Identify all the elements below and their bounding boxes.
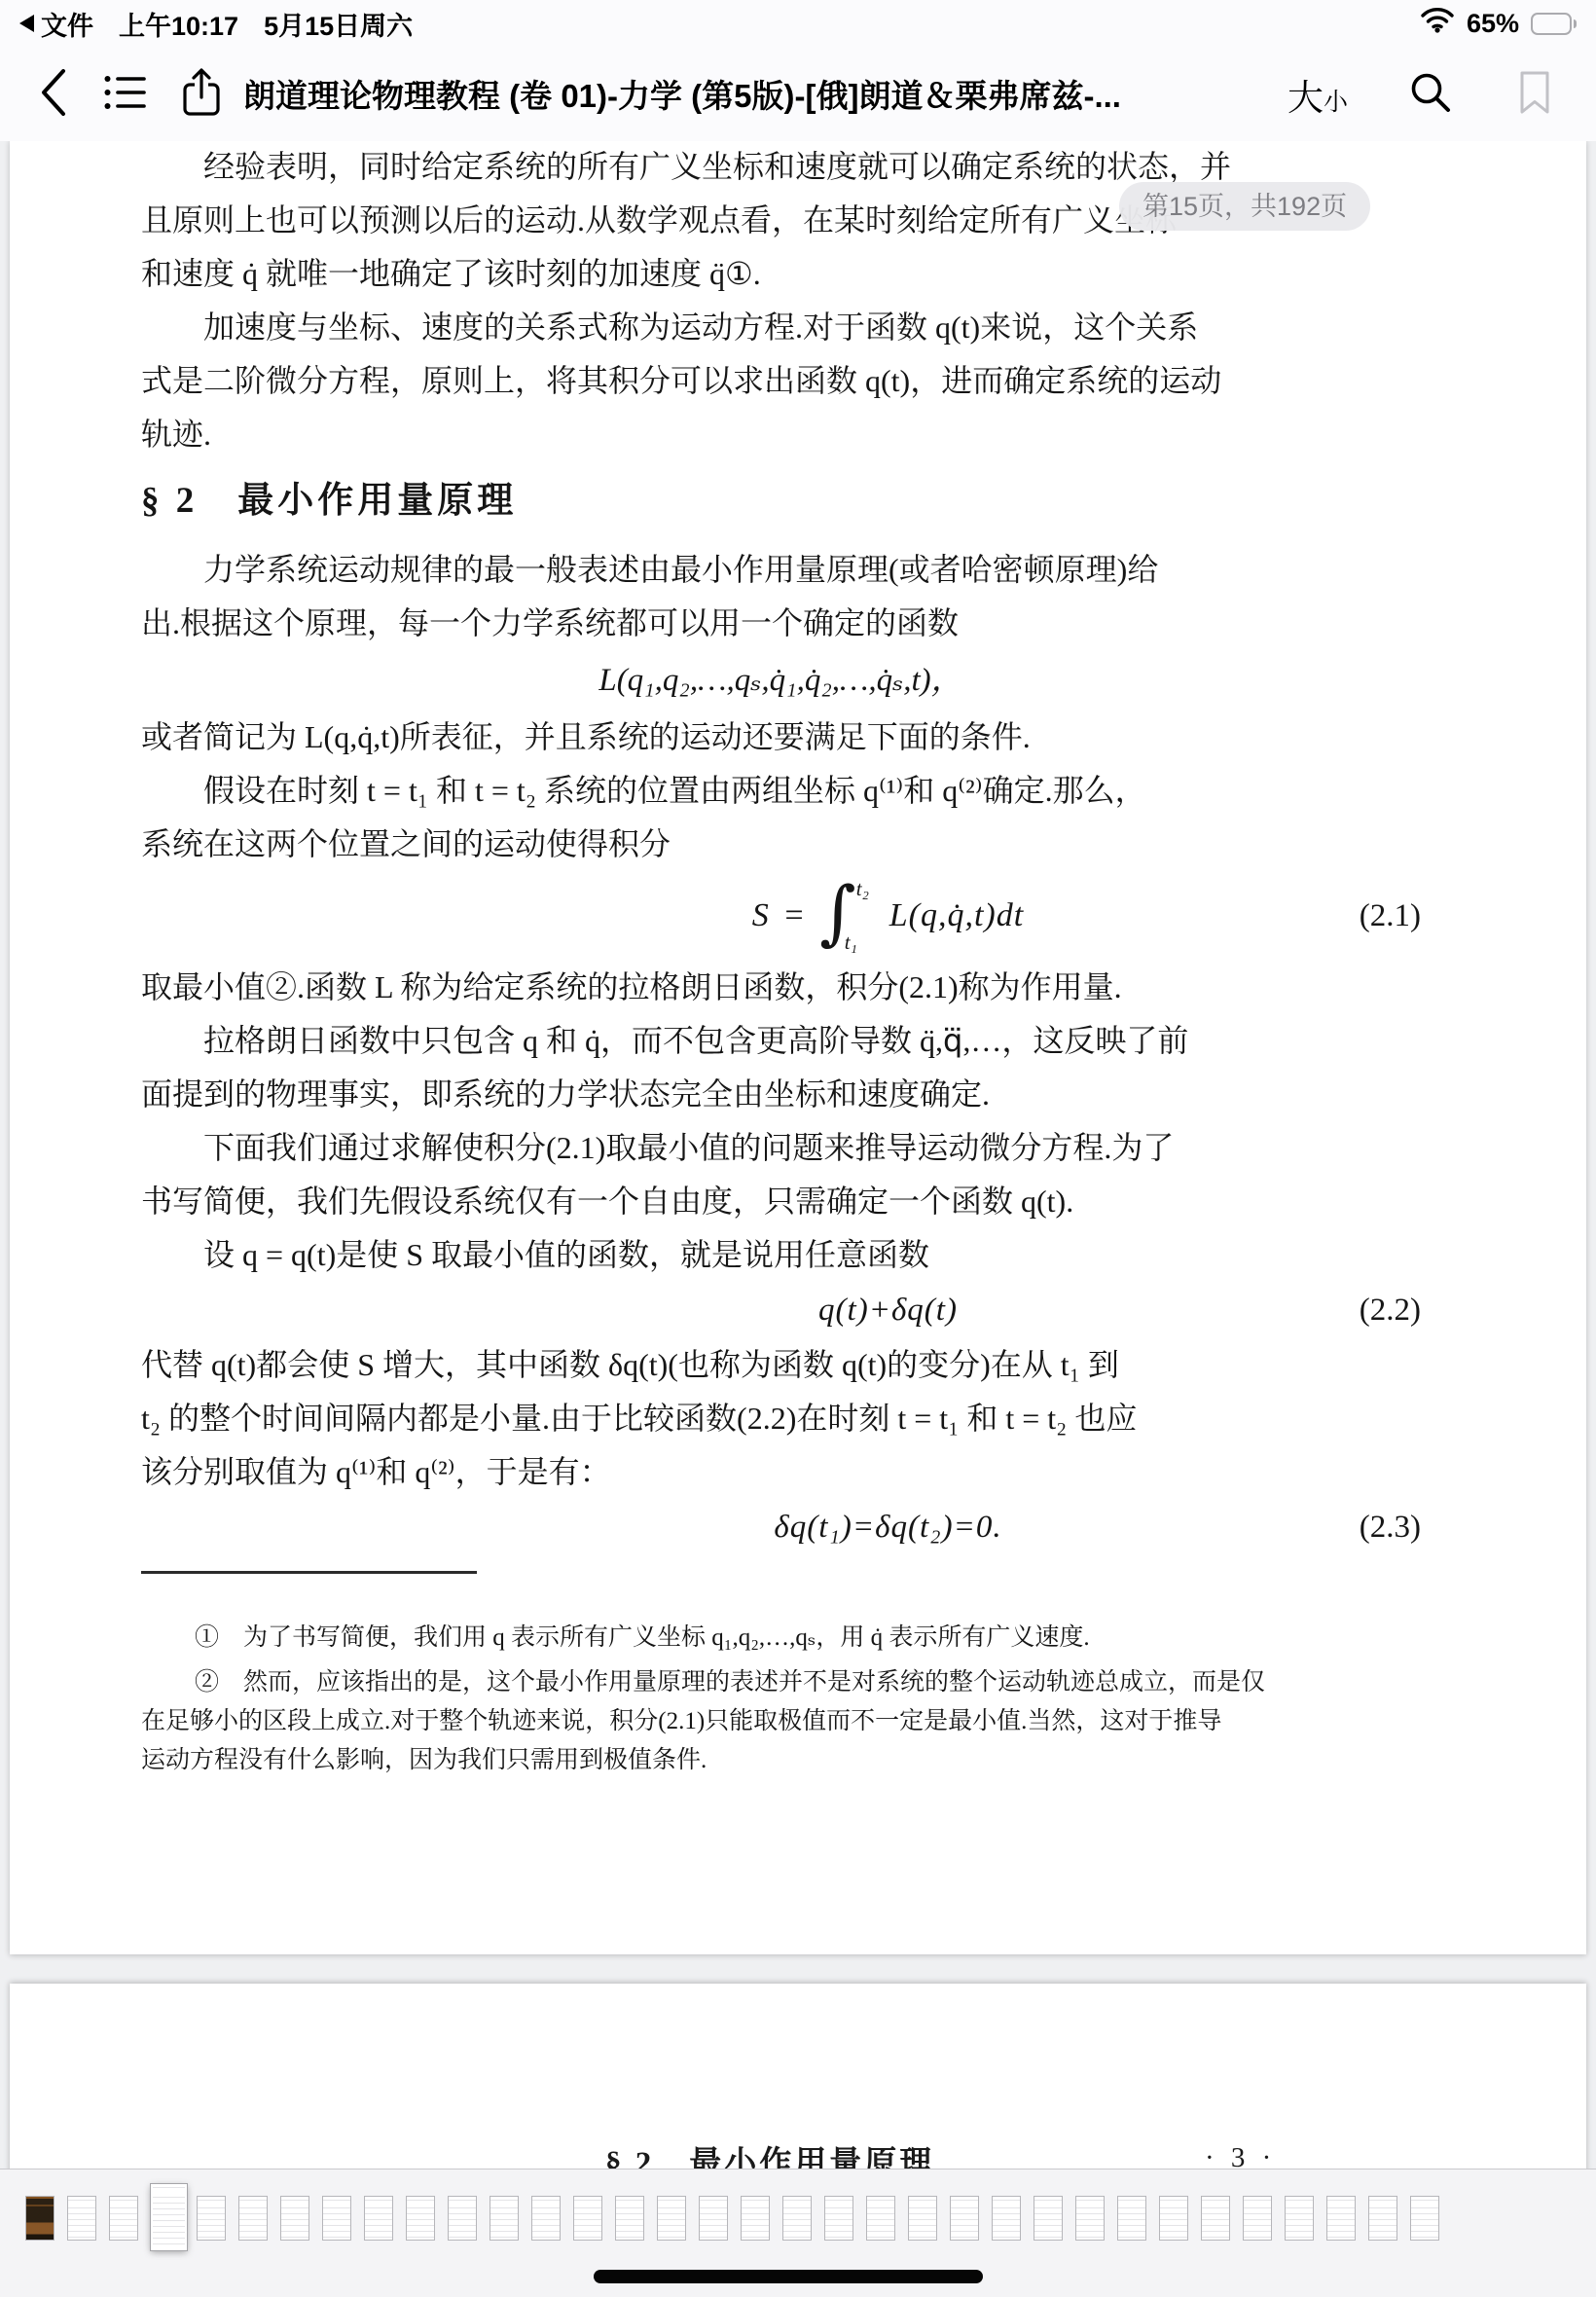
equation-line: L(q₁,q₂,…,qₛ,q̇₁,q̇₂,…,q̇ₛ,t)， — [141, 650, 1421, 711]
document-title: 朗道理论物理教程 (卷 01)-力学 (第5版)-[俄]朗道＆栗弗席兹-... — [243, 71, 1121, 117]
thumbnail[interactable] — [322, 2196, 351, 2241]
text-line: 力学系统运动规律的最一般表述由最小作用量原理(或者哈密顿原理)给 — [141, 543, 1421, 597]
equation-line: S =∫t₂t₁L(q,q̇,t)dt(2.1) — [141, 871, 1421, 961]
equation-number: (2.3) — [1360, 1499, 1421, 1555]
font-size-button[interactable]: 大小 — [1288, 68, 1348, 121]
status-bar: 文件 上午10:17 5月15日周六 65% — [0, 0, 1596, 47]
thumbnail[interactable] — [1034, 2196, 1063, 2241]
text-line: 代替 q(t)都会使 S 增大，其中函数 δq(t)(也称为函数 q(t)的变分… — [141, 1338, 1421, 1392]
text-line: 和速度 q̇ 就唯一地确定了该时刻的加速度 q̈①. — [141, 247, 1421, 301]
equation-lhs: S = — [752, 897, 808, 934]
status-date: 5月15日周六 — [264, 5, 413, 43]
equation-body: L(q,q̇,t)dt — [889, 897, 1024, 934]
thumbnail[interactable] — [615, 2196, 644, 2241]
text-line: t₂ 的整个时间间隔内都是小量.由于比较函数(2.2)在时刻 t = t₁ 和 … — [141, 1392, 1421, 1445]
text-line: 取最小值②.函数 L 称为给定系统的拉格朗日函数，积分(2.1)称为作用量. — [141, 961, 1421, 1014]
text-line: 下面我们通过求解使积分(2.1)取最小值的问题来推导运动微分方程.为了 — [141, 1121, 1421, 1175]
thumbnail[interactable] — [197, 2196, 226, 2241]
text-line: 面提到的物理事实，即系统的力学状态完全由坐标和速度确定. — [141, 1068, 1421, 1121]
thumbnail[interactable] — [699, 2196, 728, 2241]
thumbnail[interactable] — [406, 2196, 435, 2241]
thumbnail[interactable] — [531, 2196, 561, 2241]
text-line: 加速度与坐标、速度的关系式称为运动方程.对于函数 q(t)来说，这个关系 — [141, 301, 1421, 354]
toc-button[interactable] — [103, 74, 146, 114]
thumbnail[interactable] — [238, 2196, 268, 2241]
text-line: 系统在这两个位置之间的运动使得积分 — [141, 818, 1421, 871]
screen: { "status_bar": { "back_label": "文件", "t… — [0, 0, 1596, 2297]
back-to-app-label: 文件 — [41, 5, 93, 43]
footnote-line: 运动方程没有什么影响，因为我们只需用到极值条件. — [141, 1741, 1421, 1780]
back-to-app-icon — [19, 15, 34, 32]
thumbnail[interactable] — [1117, 2196, 1146, 2241]
font-size-small-label: 小 — [1324, 83, 1348, 118]
thumbnail[interactable] — [782, 2196, 812, 2241]
list-icon — [103, 74, 146, 114]
text-line: 出.根据这个原理，每一个力学系统都可以用一个确定的函数 — [141, 597, 1421, 650]
equation-number: (2.2) — [1360, 1282, 1421, 1338]
nav-bar: 朗道理论物理教程 (卷 01)-力学 (第5版)-[俄]朗道＆栗弗席兹-... … — [0, 47, 1596, 141]
thumbnail[interactable] — [741, 2196, 770, 2241]
wifi-icon — [1420, 7, 1455, 40]
text-line: 或者简记为 L(q,q̇,t)所表征，并且系统的运动还要满足下面的条件. — [141, 711, 1421, 764]
footnote-line: 在足够小的区段上成立.对于整个轨迹来说，积分(2.1)只能取极值而不一定是最小值… — [141, 1702, 1421, 1741]
thumbnail[interactable] — [573, 2196, 602, 2241]
thumbnail[interactable] — [657, 2196, 686, 2241]
status-right: 65% — [1420, 7, 1577, 40]
thumbnail[interactable] — [1159, 2196, 1188, 2241]
back-button[interactable] — [39, 67, 68, 121]
text-line: 轨迹. — [141, 408, 1421, 461]
back-to-app[interactable]: 文件 — [19, 5, 93, 43]
share-icon — [181, 67, 222, 121]
thumbnail[interactable] — [448, 2196, 477, 2241]
thumbnail[interactable] — [109, 2196, 138, 2241]
thumbnail-current[interactable] — [151, 2184, 187, 2250]
thumbnail[interactable] — [1201, 2196, 1230, 2241]
search-button[interactable] — [1408, 70, 1453, 118]
thumbnail[interactable] — [992, 2196, 1021, 2241]
thumbnail[interactable] — [1410, 2196, 1439, 2241]
footnote-line: ① 为了书写简便，我们用 q 表示所有广义坐标 q₁,q₂,…,qₛ，用 q̇ … — [141, 1619, 1421, 1658]
thumbnail[interactable] — [67, 2196, 96, 2241]
page-content: 经验表明，同时给定系统的所有广义坐标和速度就可以确定系统的状态，并且原则上也可以… — [141, 140, 1421, 1780]
equation-number: (2.1) — [1360, 871, 1421, 961]
bookmark-button[interactable] — [1517, 70, 1552, 118]
footnote-divider — [141, 1571, 477, 1574]
text-line: 式是二阶微分方程，原则上，将其积分可以求出函数 q(t)，进而确定系统的运动 — [141, 354, 1421, 408]
status-left: 文件 上午10:17 5月15日周六 — [19, 5, 413, 43]
thumbnail[interactable] — [950, 2196, 979, 2241]
thumbnail[interactable] — [490, 2196, 519, 2241]
pdf-page-current[interactable]: 经验表明，同时给定系统的所有广义坐标和速度就可以确定系统的状态，并且原则上也可以… — [10, 140, 1586, 1954]
thumbnail[interactable] — [866, 2196, 895, 2241]
integral-limits: t₂t₁ — [856, 875, 889, 957]
status-time: 上午10:17 — [119, 5, 238, 43]
section-heading: § 2 最小作用量原理 — [141, 473, 1421, 529]
thumbnail-cover[interactable] — [25, 2196, 54, 2241]
equation-line: δq(t₁)=δq(t₂)=0.(2.3) — [141, 1499, 1421, 1555]
bookmark-icon — [1517, 70, 1552, 118]
top-chrome: 文件 上午10:17 5月15日周六 65% — [0, 0, 1596, 141]
thumbnail[interactable] — [1243, 2196, 1272, 2241]
chevron-left-icon — [39, 67, 68, 121]
footnote-line: ② 然而，应该指出的是，这个最小作用量原理的表述并不是对系统的整个运动轨迹总成立… — [141, 1663, 1421, 1702]
equation-line: q(t)+δq(t)(2.2) — [141, 1282, 1421, 1338]
thumbnail[interactable] — [1285, 2196, 1314, 2241]
integral-lower-limit: t₁ — [845, 930, 857, 955]
thumbnail[interactable] — [824, 2196, 853, 2241]
integral-upper-limit: t₂ — [856, 877, 869, 901]
text-line: 拉格朗日函数中只包含 q 和 q̇，而不包含更高阶导数 q̈,q⃛,…，这反映了… — [141, 1014, 1421, 1068]
search-icon — [1408, 70, 1453, 118]
integral-expression: S =∫t₂t₁L(q,q̇,t)dt — [752, 875, 1024, 957]
text-line: 假设在时刻 t = t₁ 和 t = t₂ 系统的位置由两组坐标 q⁽¹⁾和 q… — [141, 764, 1421, 818]
thumbnail[interactable] — [908, 2196, 937, 2241]
battery-percent: 65% — [1467, 9, 1519, 39]
thumbnail[interactable] — [364, 2196, 393, 2241]
font-size-large-label: 大 — [1288, 68, 1324, 121]
text-line: 书写简便，我们先假设系统仅有一个自由度，只需确定一个函数 q(t). — [141, 1175, 1421, 1228]
text-line: 该分别取值为 q⁽¹⁾和 q⁽²⁾，于是有： — [141, 1445, 1421, 1499]
thumbnail[interactable] — [1368, 2196, 1397, 2241]
thumbnail[interactable] — [280, 2196, 309, 2241]
home-indicator[interactable] — [594, 2270, 983, 2283]
share-button[interactable] — [181, 67, 222, 121]
page-indicator: 第15页，共192页 — [1119, 182, 1370, 231]
battery-icon — [1531, 13, 1577, 35]
text-line: 设 q = q(t)是使 S 取最小值的函数，就是说用任意函数 — [141, 1228, 1421, 1282]
thumbnail[interactable] — [1326, 2196, 1356, 2241]
thumbnail[interactable] — [1075, 2196, 1105, 2241]
thumbnails-row — [25, 2196, 1452, 2250]
equation-text: δq(t₁)=δq(t₂)=0. — [774, 1499, 1001, 1555]
equation-text: q(t)+δq(t) — [818, 1282, 958, 1338]
